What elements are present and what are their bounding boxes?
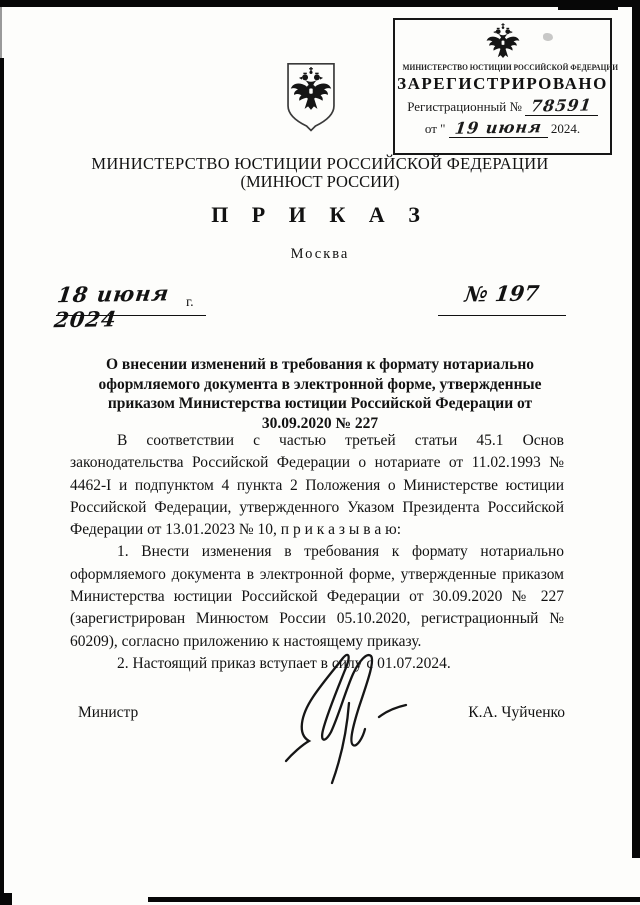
scanned-document-page: МИНИСТЕРСТВО ЮСТИЦИИ РОССИЙСКОЙ ФЕДЕРАЦИ… [0, 0, 640, 905]
scan-edge-right [632, 7, 640, 858]
document-number-field: № 197 [438, 281, 566, 316]
signer-name: К.А. Чуйченко [445, 704, 565, 722]
registration-stamp: МИНИСТЕРСТВО ЮСТИЦИИ РОССИЙСКОЙ ФЕДЕРАЦИ… [393, 18, 612, 155]
stamp-reg-label: Регистрационный № [407, 99, 522, 114]
stamp-date-year: 2024. [551, 121, 580, 136]
stamp-date-prefix: от " [425, 121, 446, 136]
document-number-handwritten: № 197 [463, 280, 540, 306]
stamp-reg-number-handwritten: 78591 [525, 99, 598, 116]
scan-edge-top-segment [558, 7, 618, 10]
body-paragraph-preamble: В соответствии с частью третьей статьи 4… [70, 430, 564, 541]
stamp-date-handwritten: 19 июня [449, 121, 548, 138]
stamp-ministry-label: МИНИСТЕРСТВО ЮСТИЦИИ РОССИЙСКОЙ ФЕДЕРАЦИ… [403, 63, 603, 72]
double-headed-eagle-icon [481, 22, 525, 62]
ministry-short-name: (МИНЮСТ РОССИИ) [0, 172, 640, 192]
stamp-date-line: от " 19 июня 2024. [395, 121, 610, 138]
document-date-field: 18 июня 2024 [56, 281, 206, 316]
signer-role: Министр [78, 704, 138, 722]
body-paragraph-item-1: 1. Внести изменения в требования к форма… [70, 541, 564, 652]
scan-edge-top [0, 0, 640, 7]
document-title: О внесении изменений в требования к форм… [90, 355, 550, 433]
document-body: В соответствии с частью третьей статьи 4… [70, 430, 564, 675]
city-label: Москва [0, 246, 640, 263]
stamp-registered-label: ЗАРЕГИСТРИРОВАНО [395, 74, 610, 94]
ministry-name: МИНИСТЕРСТВО ЮСТИЦИИ РОССИЙСКОЙ ФЕДЕРАЦИ… [0, 154, 640, 174]
scan-edge-bottom-corner [0, 893, 12, 905]
scan-edge-bottom [148, 897, 640, 902]
handwritten-signature-icon [278, 645, 426, 785]
date-year-suffix: г. [186, 295, 194, 311]
document-type-heading: П Р И К А З [0, 202, 640, 228]
coat-of-arms-shield-icon [283, 61, 339, 135]
stamp-registration-number-line: Регистрационный № 78591 [395, 99, 610, 116]
